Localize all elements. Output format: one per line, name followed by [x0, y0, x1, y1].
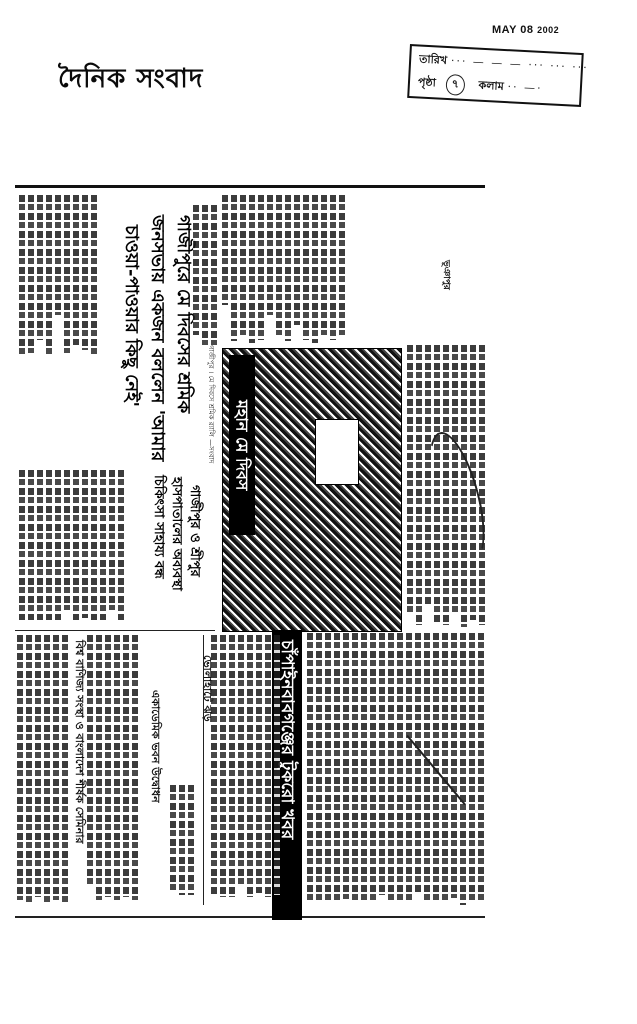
ref-column-dots: ·· —·	[507, 80, 543, 95]
side-subheading: ভূঞাপুর	[439, 260, 454, 290]
date-stamp-year: 2002	[537, 25, 559, 35]
secondary-headline-line-2: হাসপাতালের অব্যবস্থা	[165, 477, 186, 591]
ref-date-dots: ··· — — — ··· ··· ···	[451, 54, 589, 74]
photo-caption: গাজীপুর । মে দিবসে শ্রমিক র‍্যালি —সংবাদ	[205, 345, 217, 463]
column-divider	[203, 635, 204, 905]
secondary-headline-line-3: চিকিৎসা সাহায্য বন্ধ	[147, 475, 168, 579]
subhead-academic-building: একাডেমিক ভবন উদ্বোধন	[145, 690, 164, 803]
ref-column-label: কলাম	[478, 79, 504, 93]
newspaper-masthead: দৈনিক সংবাদ	[58, 58, 203, 102]
photo-banner-text: মহান মে দিবস	[229, 355, 255, 535]
text-column-mid-left	[19, 470, 124, 620]
may-day-rally-photo: মহান মে দিবস	[222, 348, 402, 632]
subhead-wto-seminar: বিশ্ব বাণিজ্য সংস্থা ও বাংলাদেশ শীর্ষক স…	[69, 640, 88, 844]
text-column-bottom-mid	[211, 635, 280, 897]
date-stamp-day: MAY 08	[492, 24, 534, 36]
text-column-top-left	[19, 195, 97, 355]
text-column-bottom-left	[87, 635, 138, 900]
photo-placard	[315, 419, 359, 485]
text-column-top-right-a	[222, 195, 345, 343]
clipping-top-rule	[15, 185, 485, 188]
clipping-bottom-rule	[15, 916, 485, 918]
text-column-top-mid	[193, 205, 217, 345]
text-column-bottom-right	[307, 633, 484, 905]
main-headline-line-3: চাওয়া-পাওয়ার কিছু নেই'	[115, 225, 146, 407]
newspaper-clipping: গাজীপুরে মে দিবসের শ্রমিক জনসভায় একজন ব…	[15, 185, 485, 918]
section-divider	[15, 630, 215, 631]
text-column-bottom-mid-b	[170, 785, 194, 895]
date-stamp: MAY 08 2002	[492, 24, 559, 36]
reference-stamp-box: তারিখ ··· — — — ··· ··· ··· পৃষ্ঠা ৭ কলা…	[407, 44, 584, 107]
text-column-bottom-far-left	[17, 635, 68, 905]
ref-page-label: পৃষ্ঠা	[418, 75, 436, 89]
ref-page-value: ৭	[445, 74, 465, 96]
secondary-headline-line-1: গাজীপুর ও শ্রীপুর	[183, 485, 204, 577]
ref-page-row: পৃষ্ঠা ৭ কলাম ·· —·	[417, 72, 543, 99]
ref-date-label: তারিখ	[419, 53, 448, 67]
